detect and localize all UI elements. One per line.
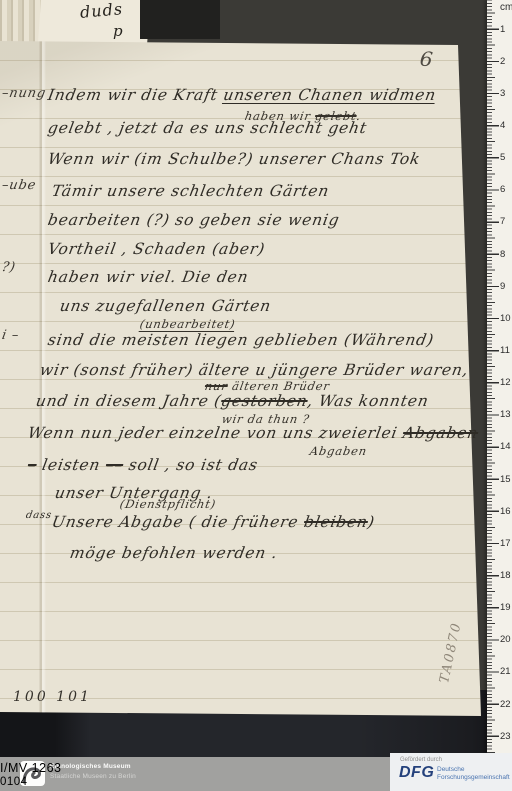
handwritten-line: bearbeiten (?) so geben sie wenig xyxy=(46,211,341,229)
handwritten-line: uns zugefallenen Gärten xyxy=(58,297,272,315)
handwritten-line: Vortheil , Schaden (aber) xyxy=(46,240,266,258)
ruler-number: 12 xyxy=(500,377,511,388)
ruler-number: 3 xyxy=(500,88,505,99)
margin-note: ?) xyxy=(1,260,17,275)
ruler-number: 20 xyxy=(500,634,511,645)
ruler-number: 5 xyxy=(500,152,505,163)
margin-note: –nung xyxy=(1,86,48,101)
funder-label: Gefördert durch xyxy=(400,757,442,763)
handwritten-line: Indem wir die Kraft unseren Chanen widme… xyxy=(46,86,437,104)
handwritten-line: – leisten –– soll , so ist das xyxy=(26,456,259,474)
handwritten-line: gelebt , jetzt da es uns schlecht geht xyxy=(46,119,368,137)
handwritten-line: möge befohlen werden . xyxy=(68,544,279,562)
ruler-number: 9 xyxy=(500,281,505,292)
ruler-number: 21 xyxy=(500,666,511,677)
handwritten-line: (unbearbeitet) xyxy=(139,317,237,331)
handwritten-line: und in diesem Jahre (gestorben, Was konn… xyxy=(34,392,430,410)
ruler-number: 15 xyxy=(500,474,511,485)
handwritten-line: Wenn nun jeder einzelne von uns zweierle… xyxy=(26,424,479,442)
ruler-number: 17 xyxy=(500,538,511,549)
handwritten-line: (Dienstpflicht) xyxy=(119,497,218,511)
ruler-number: 8 xyxy=(500,249,505,260)
ruler-number: 10 xyxy=(500,313,511,324)
dfg-funding-badge: Gefördert durch DFG Deutsche Forschungsg… xyxy=(390,753,512,791)
ruler-number: 16 xyxy=(500,506,511,517)
foliation-numbers: 100 101 xyxy=(13,689,92,705)
ruler-number: 7 xyxy=(500,216,505,227)
handwritten-line: Tämir unsere schlechten Gärten xyxy=(50,182,330,200)
manuscript-text-layer: 6 100 101 TA0870 Indem wir die Kraft uns… xyxy=(0,0,512,791)
ruler-number: 2 xyxy=(500,56,505,67)
ruler-number: 1 xyxy=(500,24,505,35)
page-number: 6 xyxy=(419,46,434,71)
ruler-number: 23 xyxy=(500,731,511,742)
ruler: cm 1234567891011121314151617181920212223 xyxy=(487,0,512,757)
ruler-number: 22 xyxy=(500,699,511,710)
handwritten-line: haben wir viel. Die den xyxy=(46,268,250,286)
handwritten-line: wir (sonst früher) ältere u jüngere Brüd… xyxy=(38,361,470,379)
ruler-number: 6 xyxy=(500,184,505,195)
footer-bar: Ethnologisches Museum Staatliche Museen … xyxy=(0,757,512,791)
ruler-number: 11 xyxy=(500,345,510,356)
handwritten-line: Abgaben xyxy=(309,444,369,458)
ruler-unit-label: cm xyxy=(500,2,512,13)
ruler-ticks xyxy=(487,0,501,757)
ruler-number: 19 xyxy=(500,602,511,613)
ruler-number: 14 xyxy=(500,441,511,452)
dfg-logo: DFG xyxy=(399,764,434,782)
handwritten-line: Wenn wir (im Schulbe?) unserer Chans Tok xyxy=(46,150,422,168)
handwritten-line: sind die meisten liegen geblieben (Währe… xyxy=(46,331,435,349)
pencil-shelfmark-vertical: TA0870 xyxy=(432,597,470,708)
archive-scan-viewport: duds p 6 100 101 TA0870 Indem wir die Kr… xyxy=(0,0,512,791)
margin-note: i – xyxy=(1,328,21,343)
funder-name-line2: Forschungsgemeinschaft xyxy=(437,774,510,781)
handwritten-line: dass xyxy=(25,510,53,521)
funder-name-line1: Deutsche xyxy=(437,766,464,773)
handwritten-line: nur älteren Brüder xyxy=(204,379,331,393)
ruler-number: 18 xyxy=(500,570,511,581)
ruler-number: 4 xyxy=(500,120,505,131)
margin-note: –ube xyxy=(1,178,38,193)
handwritten-line: Unsere Abgabe ( die frühere bleiben) xyxy=(50,513,376,531)
ruler-number: 13 xyxy=(500,409,511,420)
